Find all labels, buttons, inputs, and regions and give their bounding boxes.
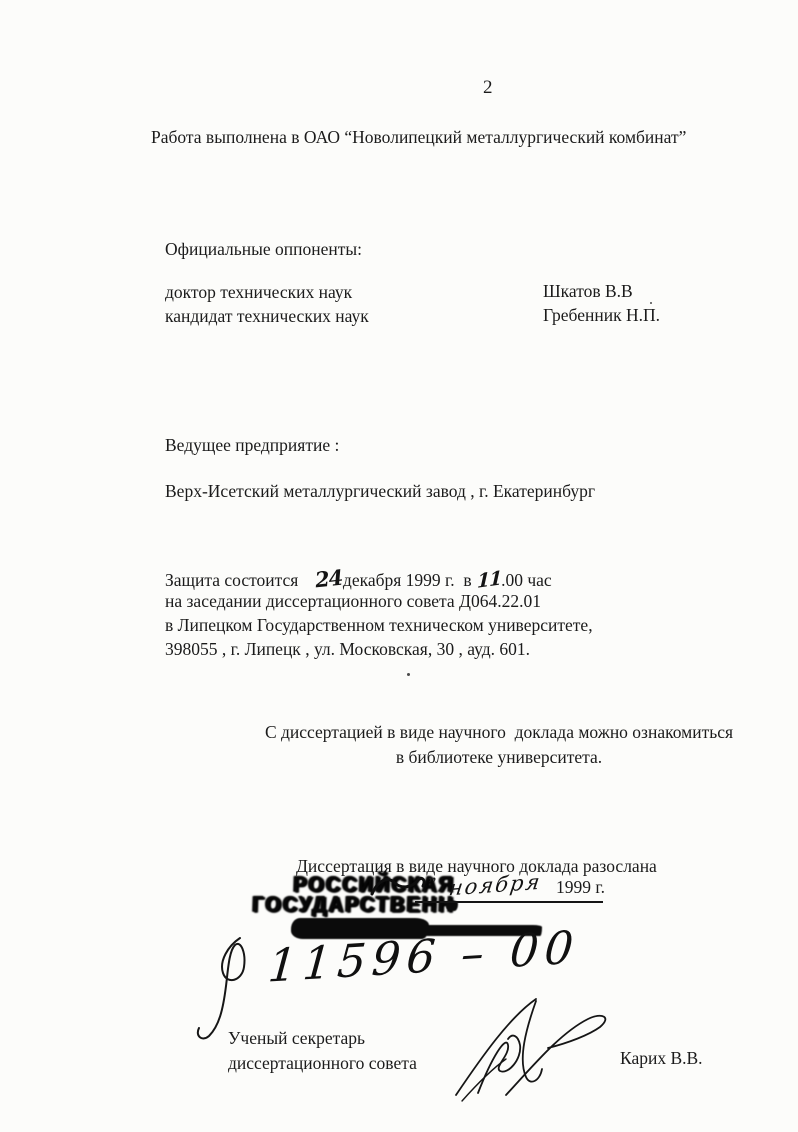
library-note-line-1: С диссертацией в виде научного доклада м… [225, 721, 773, 744]
performed-at-line: Работа выполнена в ОАО “Новолипецкий мет… [151, 126, 686, 149]
opponent-degree: доктор технических наук [165, 281, 352, 304]
opponent-degree: кандидат технических наук [165, 305, 369, 328]
leading-enterprise-value: Верх-Исетский металлургический завод , г… [165, 480, 595, 503]
opponents-heading: Официальные оппоненты: [165, 238, 362, 261]
defense-line-2: на заседании диссертационного совета Д06… [165, 590, 541, 613]
defense-text-after-day: декабря 1999 г. в [343, 570, 472, 590]
defense-text-after-hour: .00 час [501, 570, 552, 590]
secretary-role-line-1: Ученый секретарь [228, 1027, 365, 1050]
date-closing-quote: ” [428, 872, 436, 897]
library-note-line-2: в библиотеке университета. [225, 746, 773, 769]
secretary-signer-name: Карих В.В. [620, 1047, 703, 1070]
secretary-role-line-2: диссертационного совета [228, 1052, 417, 1075]
leading-enterprise-heading: Ведущее предприятие : [165, 434, 339, 457]
defense-text-before-day: Защита состоится [165, 570, 303, 590]
defense-line-4: 398055 , г. Липецк , ул. Московская, 30 … [165, 638, 530, 661]
scan-speck [407, 673, 410, 676]
defense-line-3: в Липецком Государственном техническом у… [165, 614, 593, 637]
scan-speck [650, 302, 652, 304]
opponent-name: Шкатов В.В [543, 280, 633, 303]
page-number: 2 [483, 75, 493, 100]
mailed-year: 1999 г. [556, 876, 605, 899]
registration-flourish [186, 928, 266, 1040]
defense-line-1: Защита состоится 24декабря 1999 г. в11.0… [165, 565, 552, 593]
date-underline [415, 901, 603, 903]
opponent-name: Гребенник Н.П. [543, 304, 660, 327]
stamp-overwrite-scribble [368, 874, 430, 900]
document-page: 2 Работа выполнена в ОАО “Новолипецкий м… [0, 0, 798, 1132]
signature-scribble [448, 995, 626, 1103]
